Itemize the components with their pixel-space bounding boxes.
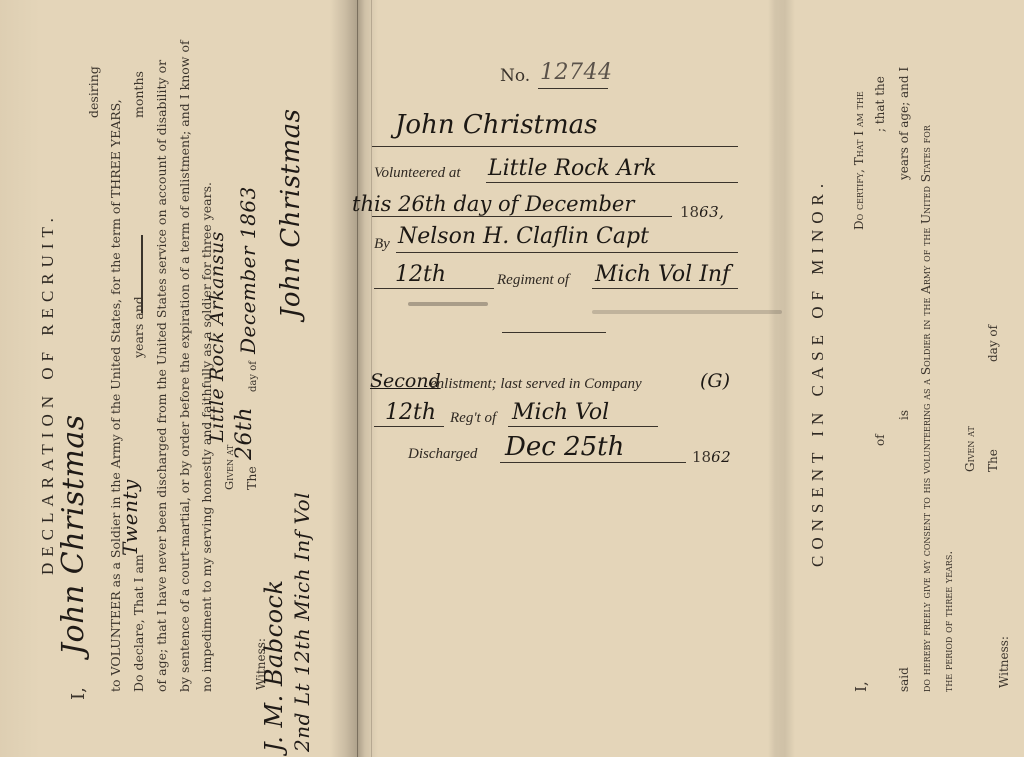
consent-that-the: ; that the <box>873 76 887 132</box>
declaration-title: DECLARATION OF RECRUIT. <box>38 212 58 575</box>
months-dash <box>141 235 143 313</box>
recruit-name-handwritten: John Christmas <box>56 414 91 655</box>
regiment-number-handwritten: 12th <box>395 262 446 287</box>
consent-line5: the period of three years. <box>941 551 955 692</box>
declaration-line2: to VOLUNTEER as a Soldier in the Army of… <box>108 99 123 692</box>
discharged-rule <box>500 462 686 463</box>
regiment-of-label: Regiment of <box>497 272 569 289</box>
consent-line1: Do certify, That I am the <box>852 91 866 230</box>
enlist-date-handwritten: this 26th day of December <box>352 192 634 216</box>
discharged-year-prefix: 18 <box>692 448 711 466</box>
witness-signature: J. M. Babcock <box>260 579 288 752</box>
year-printed-prefix: 18 <box>680 203 699 221</box>
consent-years-of-age: years of age; and I <box>897 67 911 180</box>
ink-smear <box>592 310 782 314</box>
prev-regiment-number-rule <box>374 426 444 427</box>
regiment-number-rule <box>374 288 494 289</box>
date-rule <box>372 216 672 217</box>
declaration-desiring: desiring <box>86 66 101 118</box>
consent-the: The <box>986 449 1000 472</box>
prev-regiment-rule <box>508 426 658 427</box>
age-years-handwritten: Twenty <box>118 479 142 556</box>
discharged-year: 1862 <box>692 448 731 466</box>
prev-regiment-handwritten: Mich Vol <box>512 400 609 425</box>
recruit-signature: John Christmas <box>276 108 306 318</box>
docket-name-handwritten: John Christmas <box>395 110 598 140</box>
by-officer-handwritten: Nelson H. Claflin Capt <box>398 224 649 249</box>
declaration-i: I, <box>68 687 89 700</box>
year-printed: 1863, <box>680 203 724 221</box>
given-at-handwritten: Little Rock Arkansus <box>206 231 228 442</box>
consent-given-at: Given at <box>963 426 977 472</box>
docket-number-handwritten: 12744 <box>540 60 613 85</box>
declaration-day-of-label: day of <box>248 361 259 392</box>
consent-do-certify: Do certify, That I am the <box>852 91 866 230</box>
volunteered-rule <box>486 182 738 183</box>
docket-number-rule <box>538 88 608 89</box>
by-label: By <box>374 236 390 253</box>
volunteered-at-label: Volunteered at <box>374 165 461 182</box>
regiment-rule <box>592 288 738 289</box>
discharged-date-handwritten: Dec 25th <box>505 432 624 462</box>
consent-line4: do hereby freely give my consent to his … <box>919 125 933 692</box>
consent-is: is <box>897 410 911 420</box>
consent-of: of <box>873 434 887 446</box>
declaration-years-and: years and <box>131 296 146 358</box>
consent-i: I, <box>852 681 870 692</box>
prev-regiment-number-handwritten: 12th <box>385 400 436 425</box>
by-rule <box>396 252 738 253</box>
declaration-line3-prefix: Do declare, That I am <box>131 554 146 692</box>
consent-title: CONSENT IN CASE OF MINOR. <box>808 178 828 567</box>
discharged-year-handwritten: 62 <box>711 448 731 466</box>
consent-witness-label: Witness: <box>997 636 1011 688</box>
discharged-label: Discharged <box>408 446 477 463</box>
day-handwritten: 26th <box>232 407 257 460</box>
volunteered-place-handwritten: Little Rock Ark <box>488 156 657 181</box>
docket-number-label: No. <box>500 66 530 86</box>
declaration-the-label: The <box>244 466 259 490</box>
consent-said: said <box>897 667 911 692</box>
docket-name-rule <box>372 146 738 147</box>
consent-day-of: day of <box>986 325 1000 362</box>
enlistment-label: enlistment; last served in Company <box>430 376 642 393</box>
reg-of-label: Reg't of <box>450 410 496 427</box>
month-year-handwritten: December 1863 <box>236 186 260 354</box>
regiment-handwritten: Mich Vol Inf <box>595 262 730 287</box>
section-divider <box>502 332 606 333</box>
fold-line-left <box>357 0 358 757</box>
declaration-months: months <box>131 71 146 118</box>
witness-title: 2nd Lt 12th Mich Inf Vol <box>290 492 314 752</box>
declaration-line4: of age; that I have never been discharge… <box>154 60 169 692</box>
declaration-line5: by sentence of a court-martial, or by or… <box>177 40 192 692</box>
company-handwritten: (G) <box>700 370 730 392</box>
year-handwritten: 63, <box>699 203 724 221</box>
ink-smear <box>408 302 488 306</box>
